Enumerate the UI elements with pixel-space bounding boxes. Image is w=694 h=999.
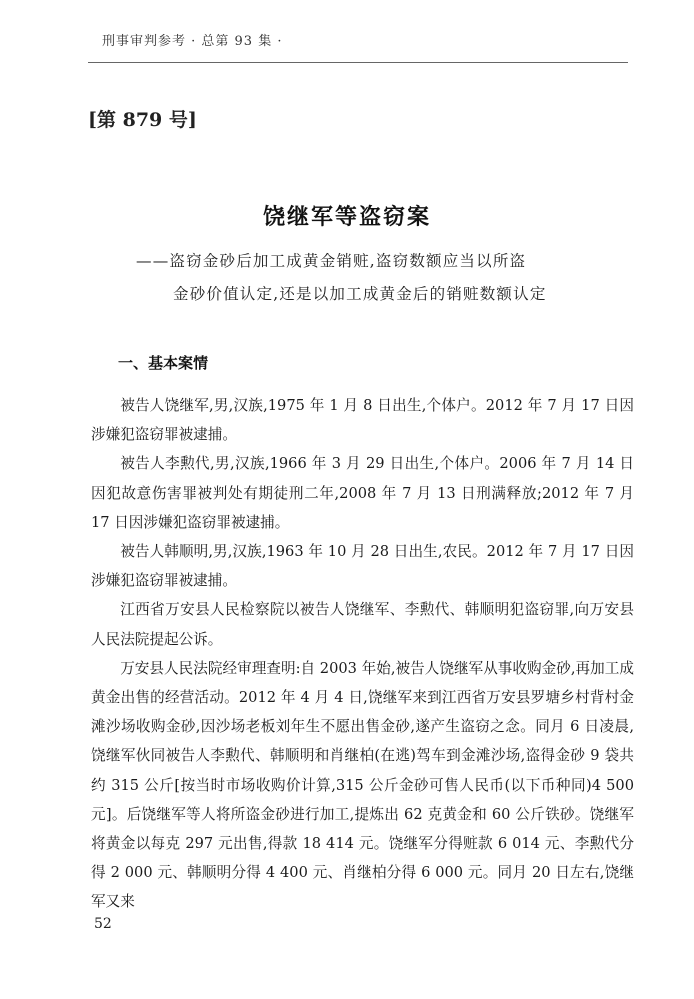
subtitle-line-2: 金砂价值认定,还是以加工成黄金后的销赃数额认定 [136, 278, 616, 311]
case-subtitle: ——盗窃金砂后加工成黄金销赃,盗窃数额应当以所盗 金砂价值认定,还是以加工成黄金… [136, 245, 616, 311]
paragraph-prosecution: 江西省万安县人民检察院以被告人饶继军、李勲代、韩顺明犯盗窃罪,向万安县人民法院提… [91, 595, 634, 653]
page-number: 52 [94, 916, 112, 932]
paragraph-defendant-li: 被告人李勲代,男,汉族,1966 年 3 月 29 日出生,个体户。2006 年… [91, 449, 634, 537]
header-rule [88, 62, 628, 63]
case-title: 饶继军等盗窃案 [0, 200, 694, 231]
body-text: 被告人饶继军,男,汉族,1975 年 1 月 8 日出生,个体户。2012 年 … [91, 391, 634, 917]
paragraph-defendant-rao: 被告人饶继军,男,汉族,1975 年 1 月 8 日出生,个体户。2012 年 … [91, 391, 634, 449]
subtitle-line-1: ——盗窃金砂后加工成黄金销赃,盗窃数额应当以所盗 [136, 252, 526, 270]
case-number: [第 879 号] [88, 105, 197, 132]
section-heading: 一、基本案情 [118, 352, 208, 373]
paragraph-defendant-han: 被告人韩顺明,男,汉族,1963 年 10 月 28 日出生,农民。2012 年… [91, 537, 634, 595]
paragraph-court-findings: 万安县人民法院经审理查明:自 2003 年始,被告人饶继军从事收购金砂,再加工成… [91, 654, 634, 917]
running-header: 刑事审判参考 · 总第 93 集 · [102, 30, 282, 49]
